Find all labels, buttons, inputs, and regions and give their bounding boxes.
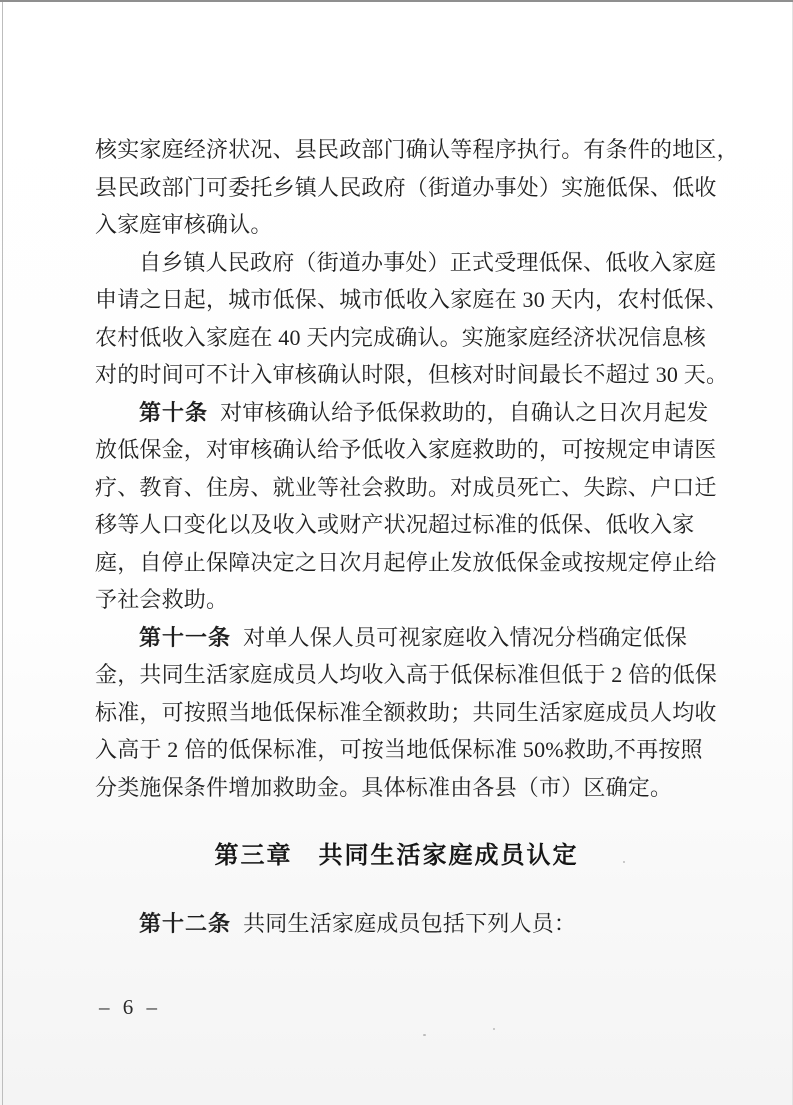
scan-speck [493,1028,495,1030]
scan-speck [623,861,625,863]
article-12-text: 共同生活家庭成员包括下列人员： [243,911,576,936]
text-line: 金，共同生活家庭成员人均收入高于低保标准但低于 2 倍的低保 [95,656,715,694]
article-12-number: 第十二条 [139,911,231,936]
text-line: 核实家庭经济状况、县民政部门确认等程序执行。有条件的地区， [95,131,715,169]
text-line: 标准，可按照当地低保标准全额救助；共同生活家庭成员人均收 [95,694,715,732]
text-line: 予社会救助。 [95,581,715,619]
text-line: 申请之日起，城市低保、城市低收入家庭在 30 天内，农村低保、 [95,281,715,319]
text-line: 县民政部门可委托乡镇人民政府（街道办事处）实施低保、低收 [95,169,715,207]
scan-edge-top [0,0,793,2]
text-line: 对的时间可不计入审核确认时限，但核对时间最长不超过 30 天。 [95,356,715,394]
text-line: 自乡镇人民政府（街道办事处）正式受理低保、低收入家庭 [95,244,715,282]
text-line: 入高于 2 倍的低保标准，可按当地低保标准 50%救助,不再按照 [95,731,715,769]
text-line: 放低保金，对审核确认给予低收入家庭救助的，可按规定申请医 [95,431,715,469]
chapter-heading: 第三章 共同生活家庭成员认定 [0,838,793,874]
document-page: 核实家庭经济状况、县民政部门确认等程序执行。有条件的地区， 县民政部门可委托乡镇… [0,0,793,1105]
text-line: 农村低收入家庭在 40 天内完成确认。实施家庭经济状况信息核 [95,319,715,357]
text-line: 庭，自停止保障决定之日次月起停止发放低保金或按规定停止给 [95,544,715,582]
scan-edge-left [2,2,3,1105]
text-line: 疗、教育、住房、就业等社会救助。对成员死亡、失踪、户口迁 [95,469,715,507]
article-10-number: 第十条 [139,400,208,425]
text-line: 入家庭审核确认。 [95,206,715,244]
chapter-title: 共同生活家庭成员认定 [319,842,579,869]
scan-speck [423,1034,426,1036]
article-12-line: 第十二条共同生活家庭成员包括下列人员： [95,905,715,943]
article-10-line: 第十条对审核确认给予低保救助的，自确认之日次月起发 [95,394,715,432]
article-11-text: 对单人保人员可视家庭收入情况分档确定低保 [243,625,687,650]
article-10-text: 对审核确认给予低保救助的，自确认之日次月起发 [220,400,708,425]
text-line: 移等人口变化以及收入或财产状况超过标准的低保、低收入家 [95,506,715,544]
article-11-number: 第十一条 [139,625,231,650]
page-number: – 6 – [99,995,161,1020]
article-11-line: 第十一条对单人保人员可视家庭收入情况分档确定低保 [95,619,715,657]
chapter-number: 第三章 [215,842,293,869]
document-body: 核实家庭经济状况、县民政部门确认等程序执行。有条件的地区， 县民政部门可委托乡镇… [95,131,715,806]
text-line: 分类施保条件增加救助金。具体标准由各县（市）区确定。 [95,769,715,807]
